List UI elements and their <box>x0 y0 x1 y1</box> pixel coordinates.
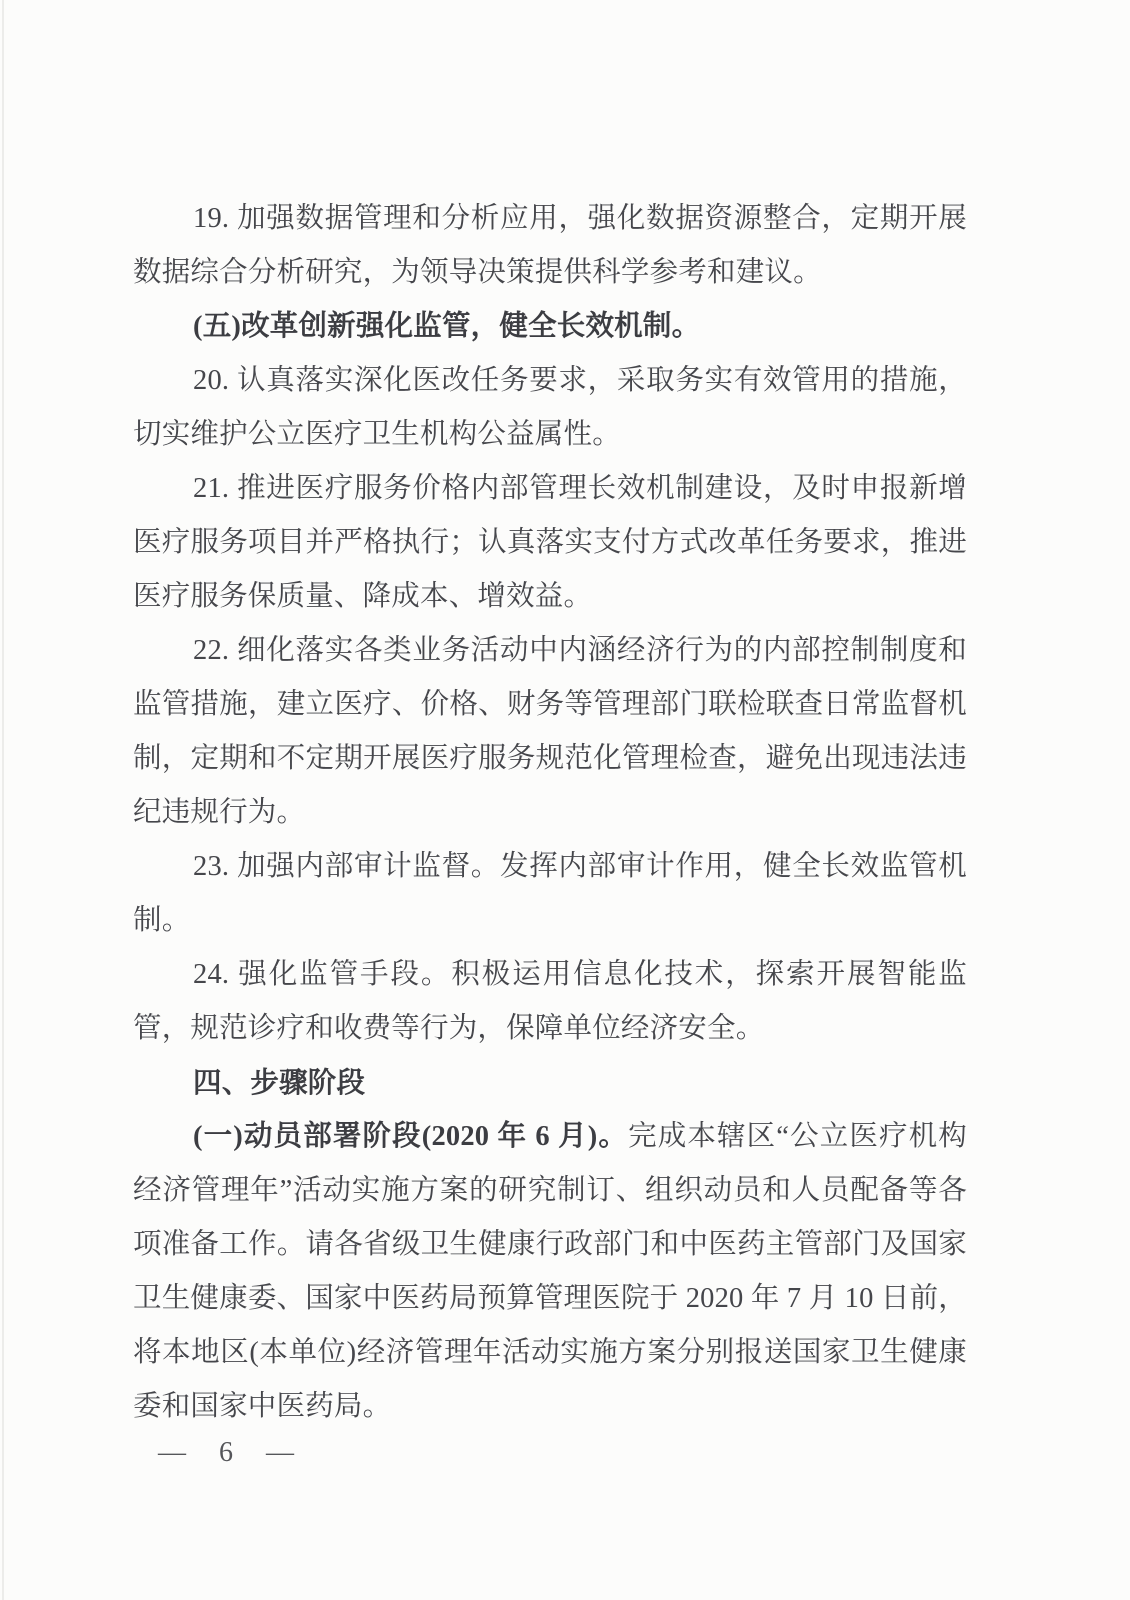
paragraph-stage-one: (一)动员部署阶段(2020 年 6 月)。完成本辖区“公立医疗机构经济管理年”… <box>133 1110 967 1434</box>
paragraph-22: 22. 细化落实各类业务活动中内涵经济行为的内部控制制度和监管措施，建立医疗、价… <box>133 624 967 840</box>
document-page: 19. 加强数据管理和分析应用，强化数据资源整合，定期开展数据综合分析研究，为领… <box>0 0 1130 1600</box>
paragraph-19: 19. 加强数据管理和分析应用，强化数据资源整合，定期开展数据综合分析研究，为领… <box>133 192 967 300</box>
page-number: — 6 — <box>158 1436 295 1470</box>
document-body: 19. 加强数据管理和分析应用，强化数据资源整合，定期开展数据综合分析研究，为领… <box>133 192 967 1434</box>
stage-one-body: 完成本辖区“公立医疗机构经济管理年”活动实施方案的研究制订、组织动员和人员配备等… <box>133 1121 967 1422</box>
paragraph-21: 21. 推进医疗服务价格内部管理长效机制建设，及时申报新增医疗服务项目并严格执行… <box>133 462 967 624</box>
stage-one-lead: (一)动员部署阶段(2020 年 6 月)。 <box>193 1121 628 1152</box>
heading-section-four-steps: 四、步骤阶段 <box>133 1056 967 1110</box>
paragraph-24: 24. 强化监管手段。积极运用信息化技术，探索开展智能监管，规范诊疗和收费等行为… <box>133 948 967 1056</box>
scan-edge-artifact <box>2 0 4 1600</box>
heading-section-five: (五)改革创新强化监管，健全长效机制。 <box>133 300 967 354</box>
paragraph-20: 20. 认真落实深化医改任务要求，采取务实有效管用的措施，切实维护公立医疗卫生机… <box>133 354 967 462</box>
paragraph-23: 23. 加强内部审计监督。发挥内部审计作用，健全长效监管机制。 <box>133 840 967 948</box>
